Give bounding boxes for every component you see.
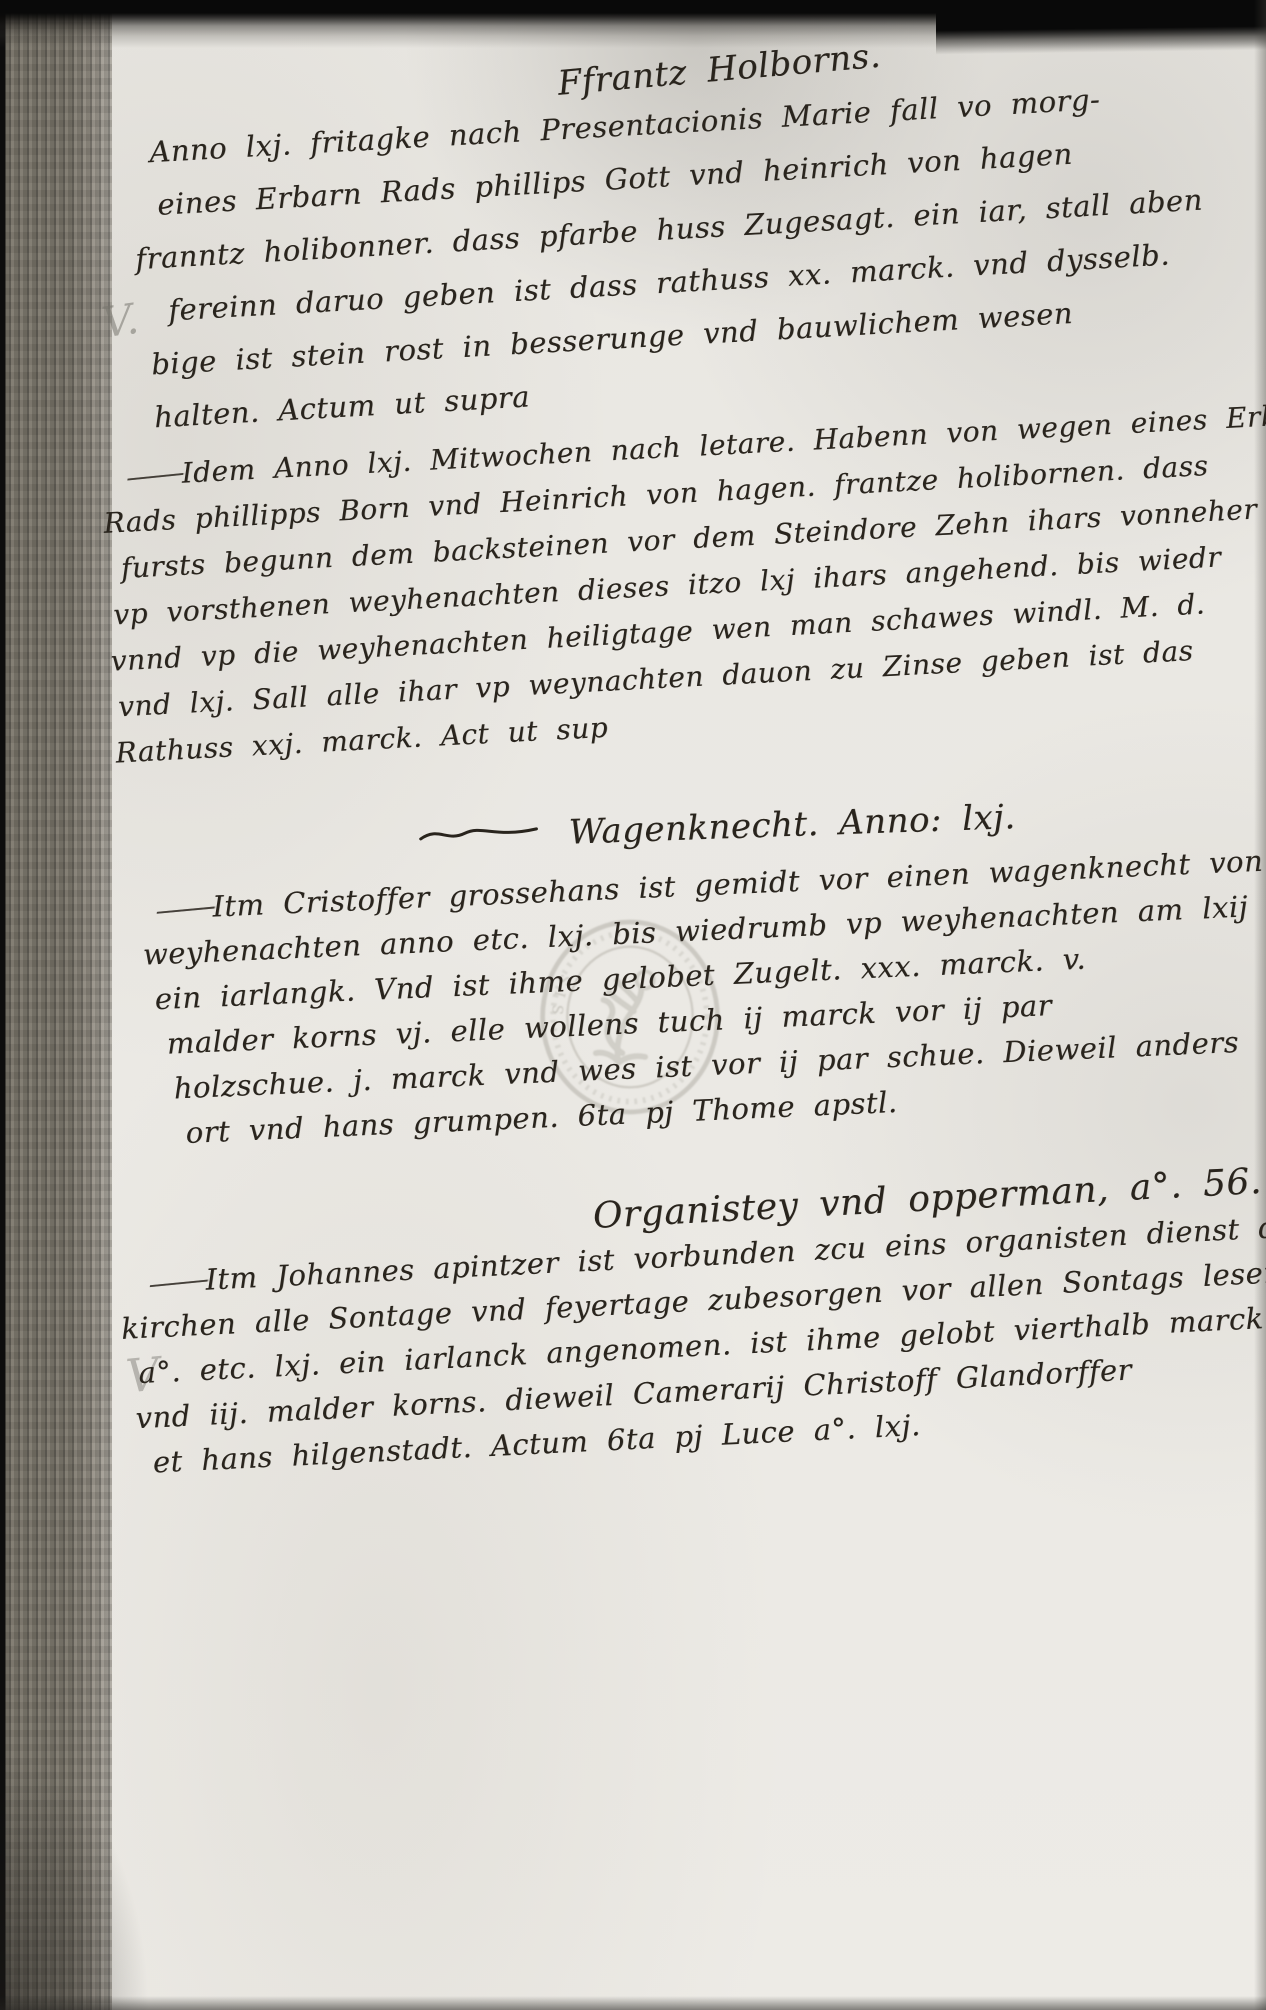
scan-bottom-edge	[0, 1996, 1266, 2010]
spine-bottom-shadow	[0, 1750, 150, 2010]
paragraph-organist-entry: Itm Johannes apintzer ist vorbunden zcu …	[118, 1204, 1266, 1487]
paragraph-holborn-entry-2: Idem Anno lxj. Mitwochen nach letare. Ha…	[100, 391, 1266, 777]
paragraph-wagenknecht-entry: Itm Cristoffer grossehans ist gemidt vor…	[135, 839, 1266, 1158]
book-spine-gutter	[0, 0, 112, 2010]
paragraph-holborn-entry-1: Anno lxj. fritagke nach Presentacionis M…	[118, 68, 1213, 446]
heading-flourish-icon	[418, 807, 560, 852]
entry-heading-wagenknecht: Wagenknecht. Anno: lxj.	[418, 797, 1016, 858]
entry-heading-wagenknecht-label: Wagenknecht. Anno: lxj.	[568, 797, 1016, 853]
scan-top-edge-right	[936, 0, 1266, 57]
manuscript-page: SIS Ffrantz Holborns. Wagenknecht. Anno:…	[0, 0, 1266, 2010]
